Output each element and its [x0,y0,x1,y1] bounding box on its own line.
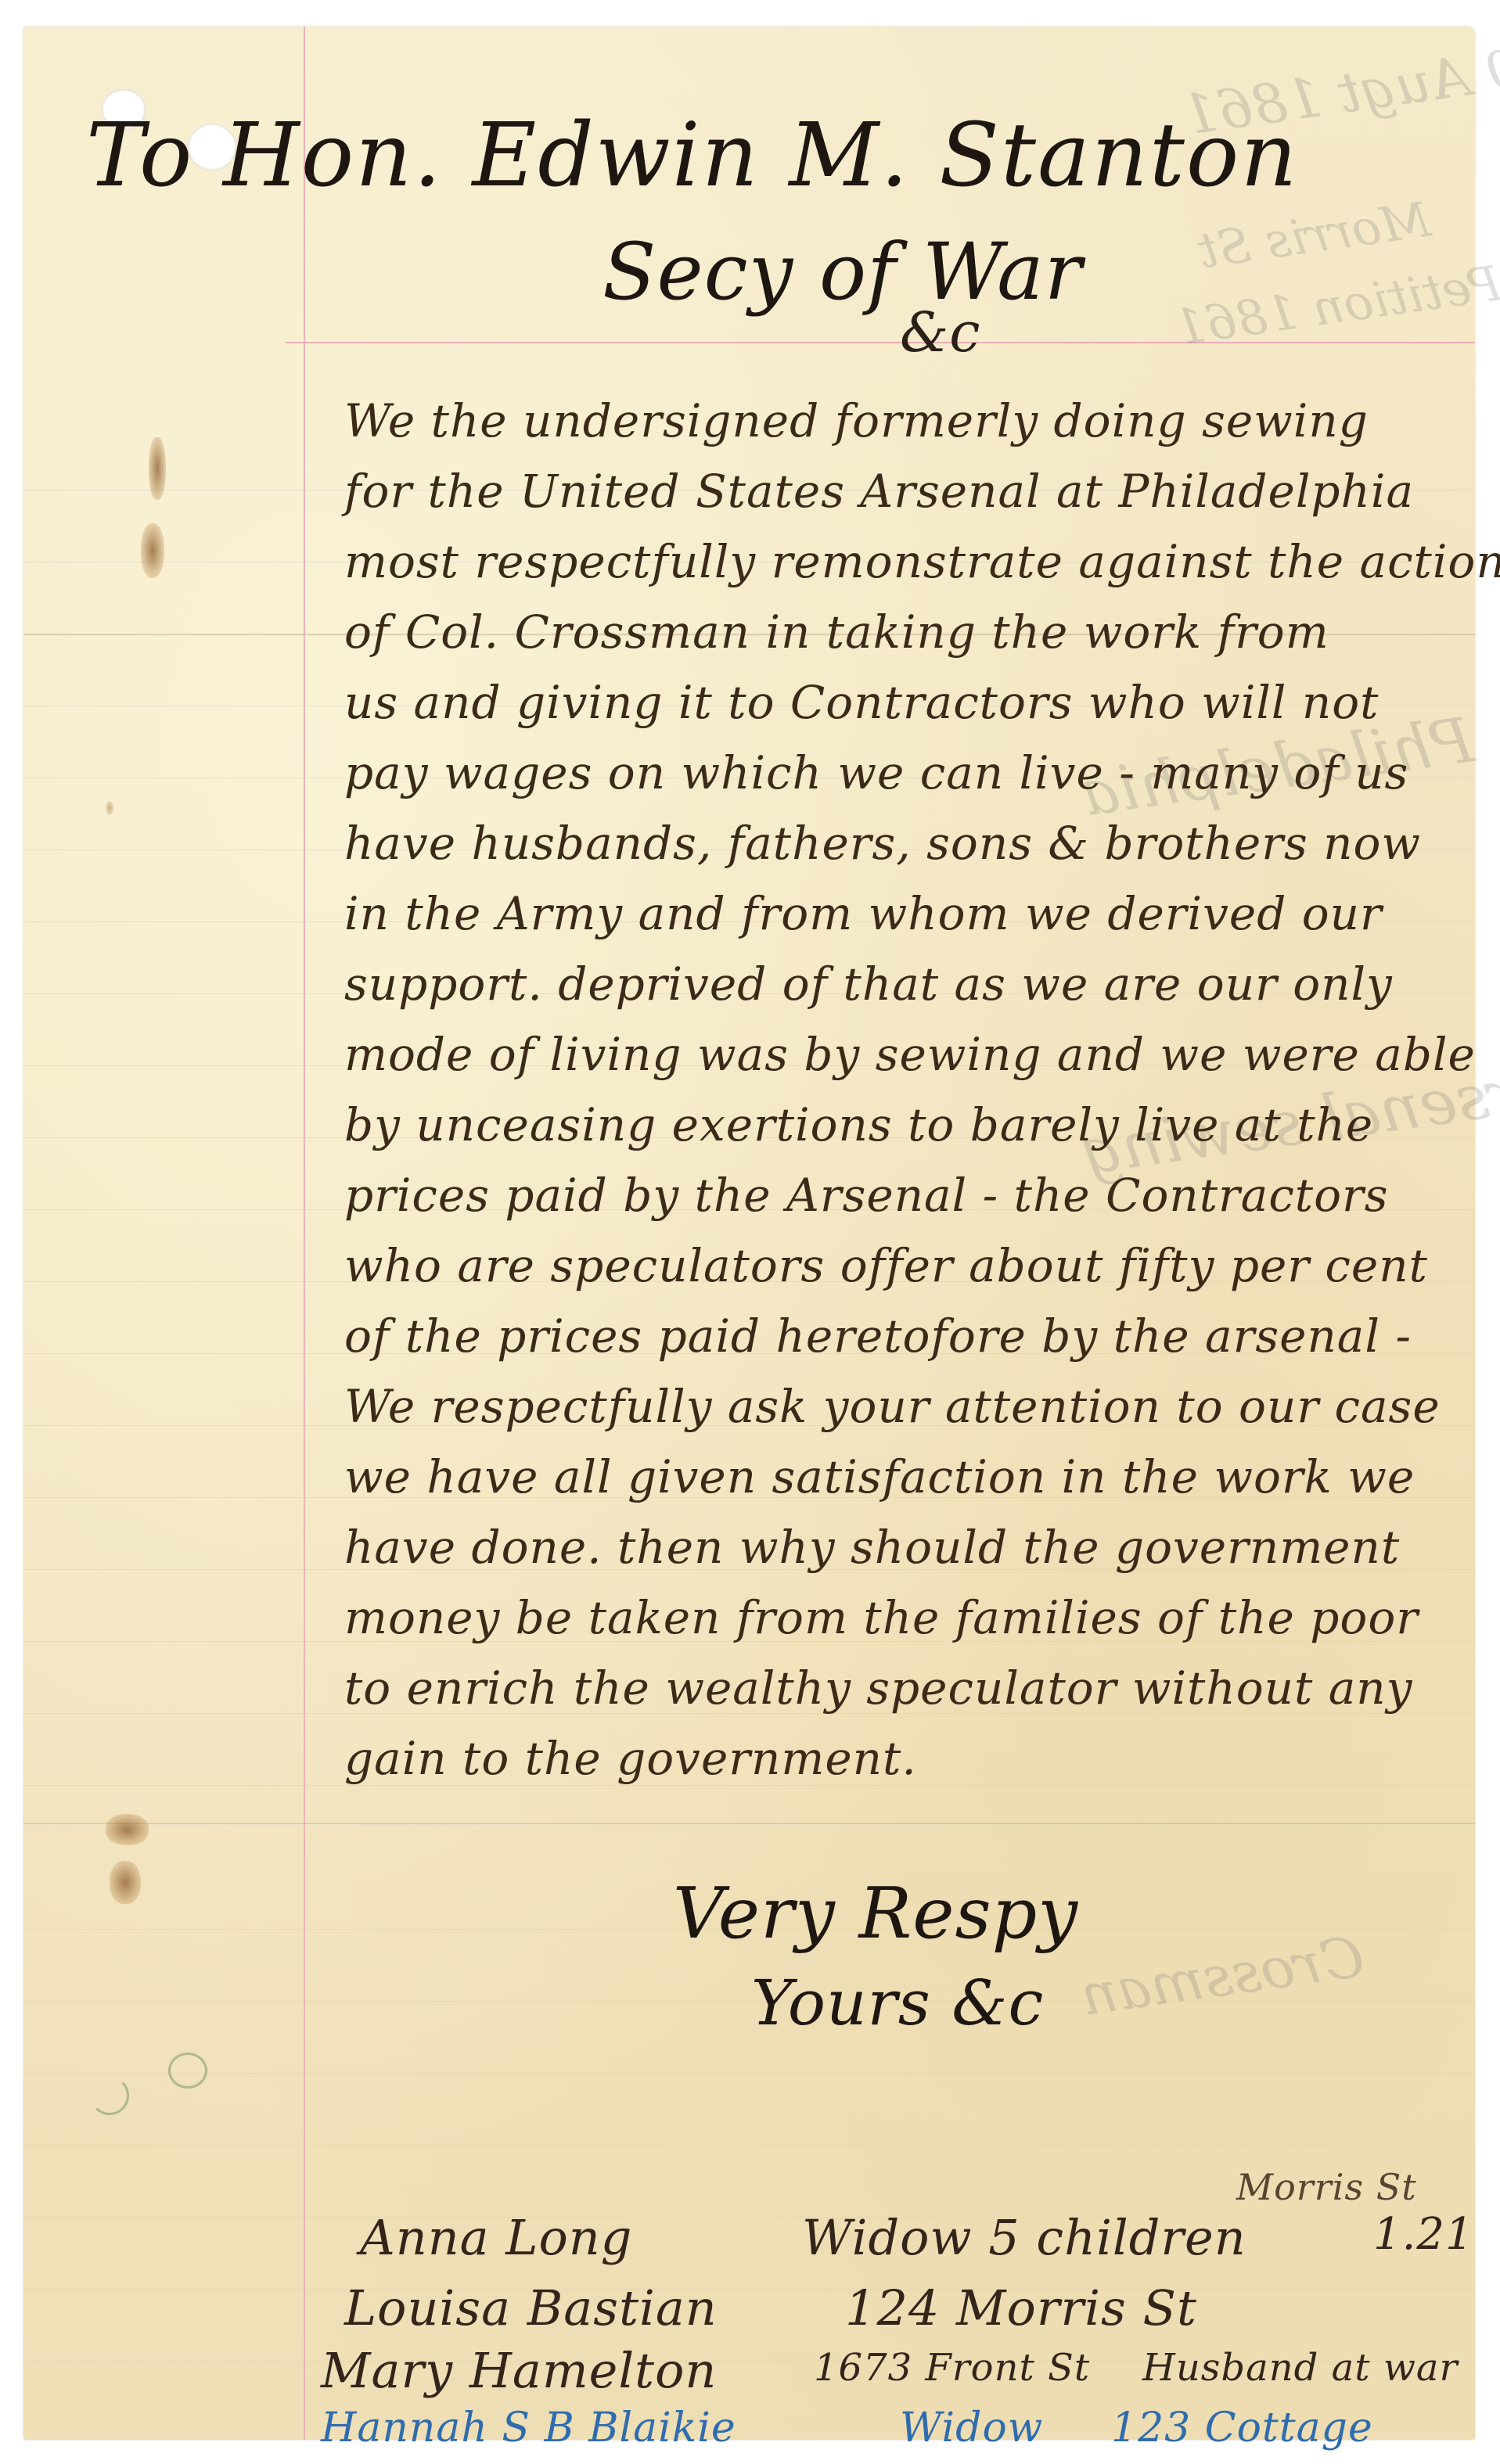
body-line: gain to the government. [344,1732,917,1785]
body-line: prices paid by the Arsenal - the Contrac… [344,1169,1389,1222]
signatory-detail: Widow 5 children [802,2209,1246,2266]
ink-stain [149,437,166,500]
closing-line-1: Very Respy [673,1873,1078,1955]
body-line: We respectfully ask your attention to ou… [344,1380,1441,1433]
addressee-title: Secy of War [603,226,1083,318]
line-rule [23,2289,1475,2290]
ink-stain [110,1861,141,1904]
body-line: mode of living was by sewing and we were… [344,1028,1476,1081]
body-line: in the Army and from whom we derived our [344,887,1383,940]
ring-mark [90,2076,129,2115]
body-line: we have all given satisfaction in the wo… [344,1450,1415,1503]
closing-line-2: Yours &c [751,1967,1044,2039]
signatory-name: Louisa Bastian [344,2279,718,2336]
line-rule [23,2073,1475,2074]
signatory-detail: Widow [900,2405,1043,2451]
line-rule [23,2217,1475,2218]
signatory-annotation: Morris St [1236,2166,1417,2208]
body-line: have husbands, fathers, sons & brothers … [344,817,1421,870]
ink-stain [141,523,164,578]
body-line: us and giving it to Contractors who will… [344,676,1379,729]
body-line: to enrich the wealthy speculator without… [344,1661,1412,1715]
signatory-name: Mary Hamelton [321,2342,717,2399]
header-rule [286,342,1475,343]
letter-paper: 30 Augt 1861 Morris St Petition 1861 Phi… [23,27,1475,2440]
body-line: support. deprived of that as we are our … [344,957,1393,1011]
margin-rule [304,27,305,2440]
body-line: of Col. Crossman in taking the work from [344,605,1329,659]
ring-mark [168,2053,207,2089]
body-line: most respectfully remonstrate against th… [344,535,1500,588]
line-rule [23,1785,1475,1786]
body-line: We the undersigned formerly doing sewing [344,394,1369,447]
body-line: of the prices paid heretofore by the ars… [344,1309,1412,1363]
body-line: by unceasing exertions to barely live at… [344,1098,1373,1151]
signatory-annotation: Husband at war [1142,2346,1458,2390]
signatory-address: 123 Cottage [1111,2405,1373,2451]
body-line: for the United States Arsenal at Philade… [344,465,1414,518]
signatory-name: Hannah S B Blaikie [321,2405,736,2451]
line-rule [23,2145,1475,2146]
body-line: money be taken from the families of the … [344,1591,1419,1644]
salutation-flourish: &c [900,300,981,365]
body-line: pay wages on which we can live - many of… [344,746,1408,799]
signatory-address: 1.21 [1373,2209,1474,2260]
body-line: who are speculators offer about fifty pe… [344,1239,1428,1292]
bleed-through-text: Crossman [1077,1923,1368,2028]
addressee-line: To Hon. Edwin M. Stanton [86,105,1298,207]
signatory-address: 1673 Front St [814,2346,1090,2390]
signatory-address: 124 Morris St [845,2279,1197,2336]
ink-stain [106,1814,149,1845]
line-rule [23,2001,1475,2002]
body-line: have done. then why should the governmen… [344,1521,1400,1574]
fold-crease [23,1823,1475,1825]
signatory-name: Anna Long [360,2209,632,2266]
ink-stain [106,801,113,815]
